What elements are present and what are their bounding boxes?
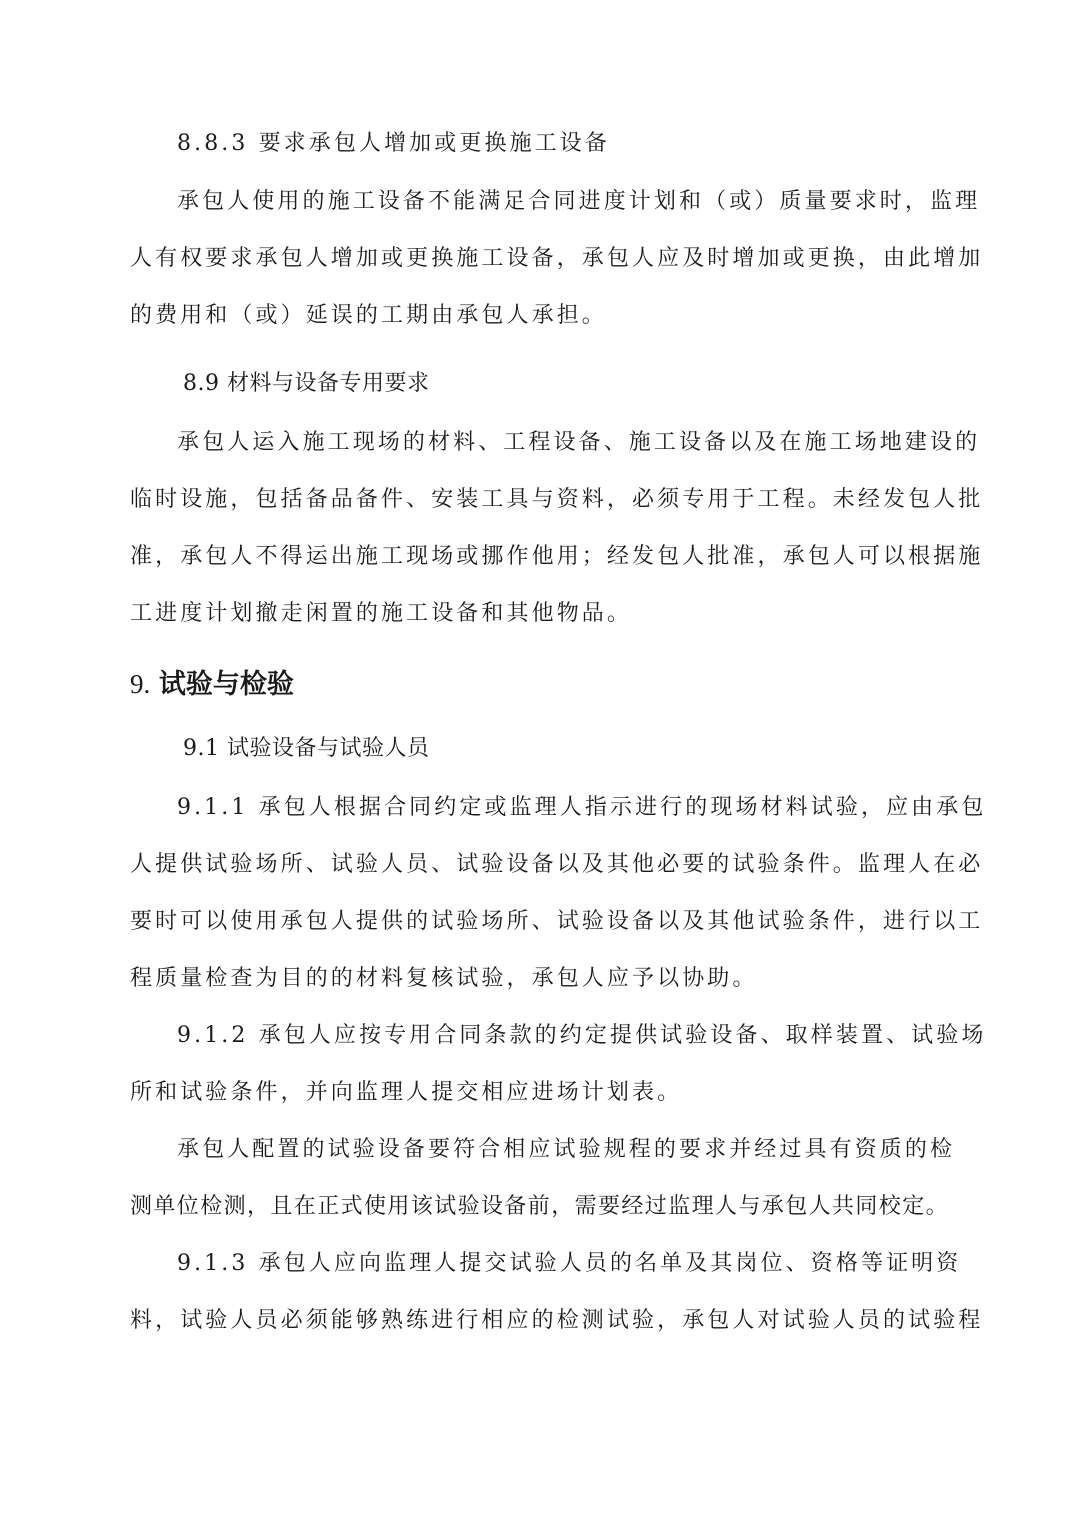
paragraph-line: 工进度计划撤走闲置的施工设备和其他物品。 — [130, 599, 945, 629]
paragraph-line: 承包人运入施工现场的材料、工程设备、施工设备以及在施工场地建设的 — [177, 428, 945, 458]
subsection-heading-8-9: 8.9 材料与设备专用要求 — [183, 369, 429, 399]
paragraph-line: 料，试验人员必须能够熟练进行相应的检测试验，承包人对试验人员的试验程 — [130, 1306, 945, 1336]
paragraph-line: 要时可以使用承包人提供的试验场所、试验设备以及其他试验条件，进行以工 — [130, 907, 945, 937]
document-page: 8.8.3 要求承包人增加或更换施工设备 承包人使用的施工设备不能满足合同进度计… — [0, 0, 1074, 1520]
paragraph-line: 承包人配置的试验设备要符合相应试验规程的要求并经过具有资质的检 — [177, 1135, 945, 1165]
paragraph-line: 的费用和（或）延误的工期由承包人承担。 — [130, 301, 945, 331]
paragraph-line: 人有权要求承包人增加或更换施工设备，承包人应及时增加或更换，由此增加 — [130, 244, 945, 274]
paragraph-line: 承包人使用的施工设备不能满足合同进度计划和（或）质量要求时，监理 — [177, 187, 945, 217]
subsection-heading-9-1: 9.1 试验设备与试验人员 — [183, 734, 429, 764]
paragraph-line: 9.1.2 承包人应按专用合同条款的约定提供试验设备、取样装置、试验场 — [177, 1021, 945, 1051]
paragraph-line: 临时设施，包括备品备件、安装工具与资料，必须专用于工程。未经发包人批 — [130, 485, 945, 515]
paragraph-line: 人提供试验场所、试验人员、试验设备以及其他必要的试验条件。监理人在必 — [130, 850, 945, 880]
section-number: 9. — [130, 669, 150, 699]
paragraph-line: 所和试验条件，并向监理人提交相应进场计划表。 — [130, 1078, 945, 1108]
paragraph-line: 准，承包人不得运出施工现场或挪作他用；经发包人批准，承包人可以根据施 — [130, 542, 945, 572]
paragraph-line: 9.1.1 承包人根据合同约定或监理人指示进行的现场材料试验，应由承包 — [177, 793, 945, 823]
paragraph-line: 9.1.3 承包人应向监理人提交试验人员的名单及其岗位、资格等证明资 — [177, 1249, 945, 1279]
paragraph-line: 程质量检查为目的的材料复核试验，承包人应予以协助。 — [130, 964, 945, 994]
subsection-heading-8-8-3: 8.8.3 要求承包人增加或更换施工设备 — [177, 129, 945, 159]
section-title: 试验与检验 — [159, 669, 294, 700]
section-heading-9: 9. 试验与检验 — [130, 667, 294, 702]
paragraph-line: 测单位检测，且在正式使用该试验设备前，需要经过监理人与承包人共同校定。 — [130, 1192, 945, 1222]
